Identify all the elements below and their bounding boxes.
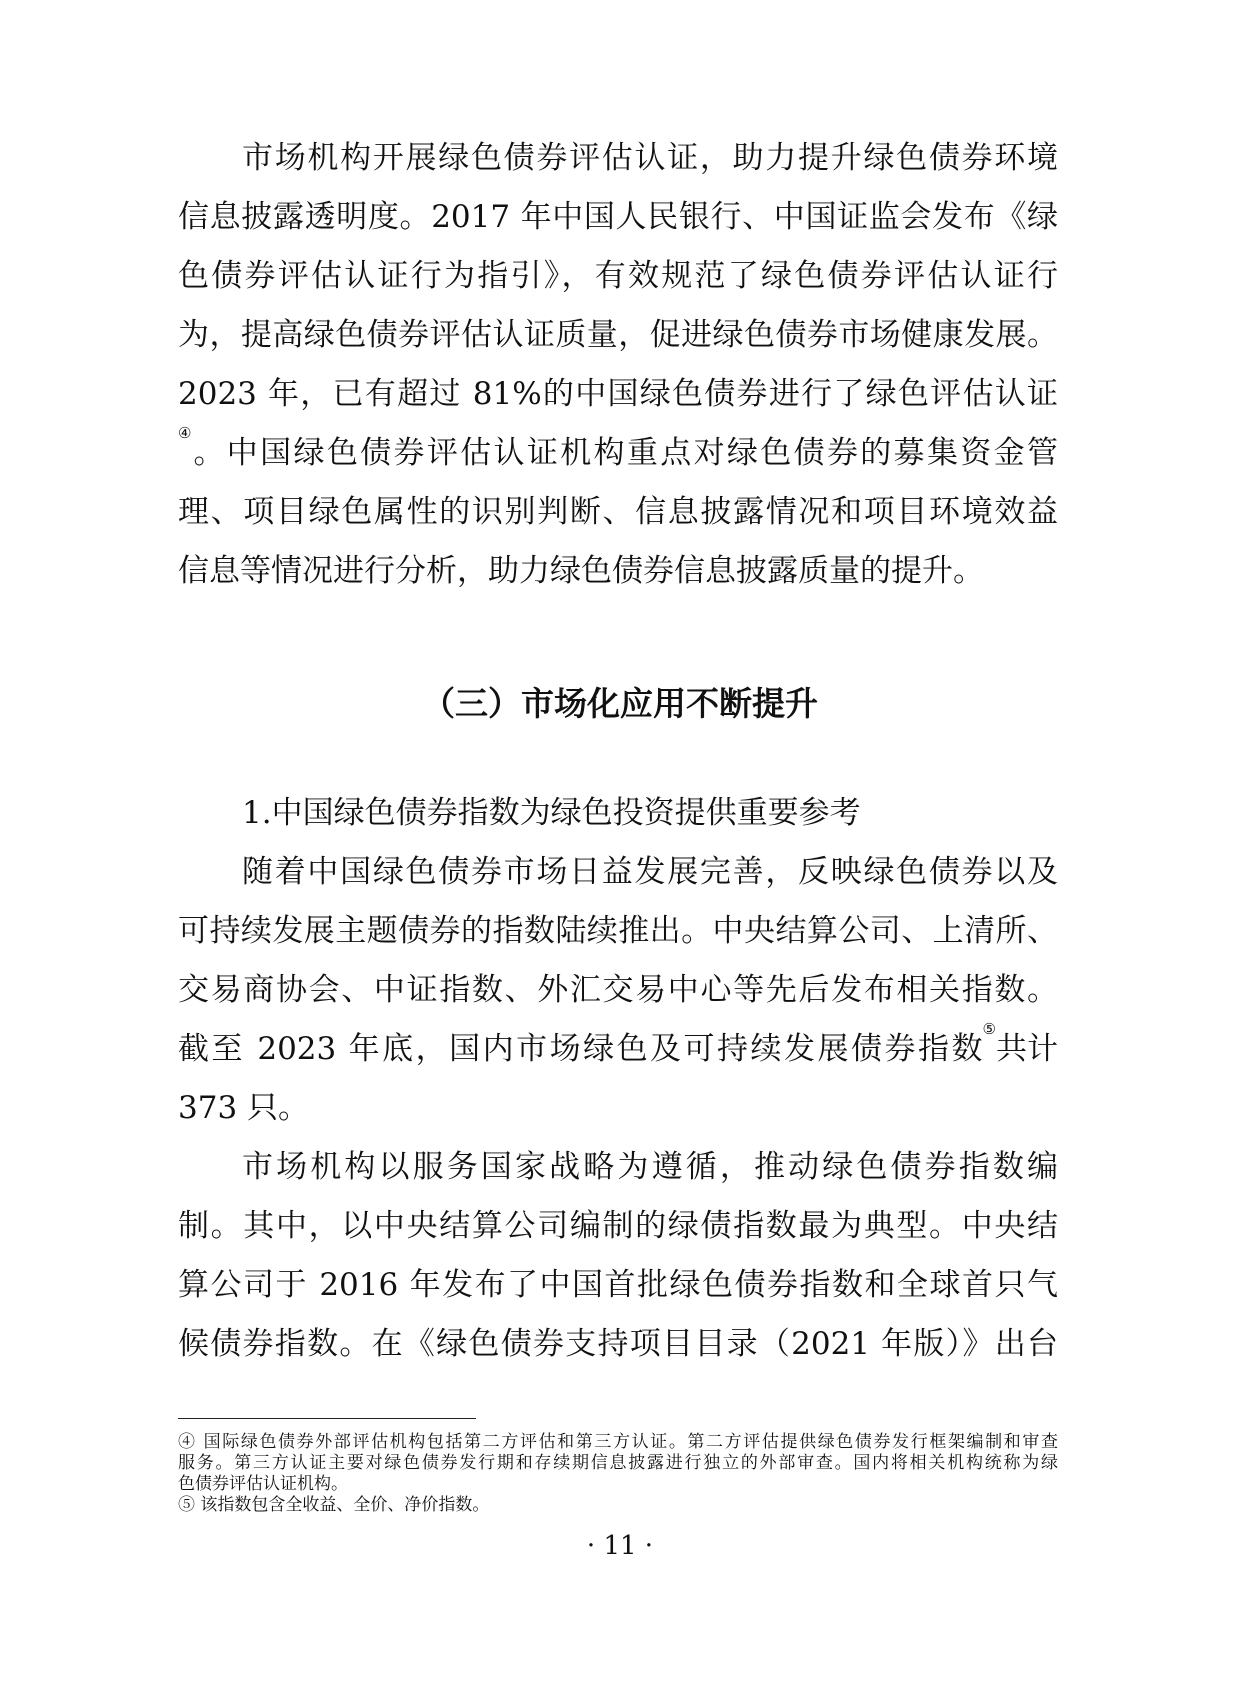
footnote-separator [178,1418,476,1419]
text-line: 市场机构开展绿色债券评估认证，助力提升绿色债券环境 [242,138,1058,178]
text-line: 373 只。 [178,1088,1058,1128]
section-heading: （三）市场化应用不断提升 [0,682,1240,726]
footnote-4-line: 服务。第三方认证主要对绿色债券发行期和存续期信息披露进行独立的外部审查。国内将相… [178,1453,1058,1474]
text-line-tail: 共计 [996,1029,1058,1069]
footnote-ref-4[interactable]: ④ [178,433,191,473]
text-line: 算公司于 2016 年发布了中国首批绿色债券指数和全球首只气 [178,1265,1058,1305]
text-line: ④ 。中国绿色债券评估认证机构重点对绿色债券的募集资金管 [178,433,1058,473]
footnote-5-line: ⑤ 该指数包含全收益、全价、净价指数。 [178,1495,1058,1516]
text-line-content: 截至 2023 年底，国内市场绿色及可持续发展债券指数 [178,1029,983,1069]
text-line-content: 。中国绿色债券评估认证机构重点对绿色债券的募集资金管 [193,433,1058,473]
text-line: 2023 年，已有超过 81%的中国绿色债券进行了绿色评估认证 [178,374,1058,414]
footnote-ref-5[interactable]: ⑤ [983,1029,996,1069]
text-line: 色债券评估认证行为指引》，有效规范了绿色债券评估认证行 [178,256,1058,296]
text-line: 可持续发展主题债券的指数陆续推出。中央结算公司、上清所、 [178,911,1058,951]
text-line: 理、项目绿色属性的识别判断、信息披露情况和项目环境效益 [178,492,1058,532]
text-line: 为，提高绿色债券评估认证质量，促进绿色债券市场健康发展。 [178,315,1058,355]
text-line: 市场机构以服务国家战略为遵循，推动绿色债券指数编 [242,1147,1058,1187]
footnote-4-line: ④ 国际绿色债券外部评估机构包括第二方评估和第三方认证。第二方评估提供绿色债券发… [178,1432,1058,1453]
text-line: 制。其中，以中央结算公司编制的绿债指数最为典型。中央结 [178,1206,1058,1246]
text-line: 交易商协会、中证指数、外汇交易中心等先后发布相关指数。 [178,970,1058,1010]
text-line: 随着中国绿色债券市场日益发展完善，反映绿色债券以及 [242,852,1058,892]
text-line: 信息披露透明度。2017 年中国人民银行、中国证监会发布《绿 [178,197,1058,237]
page-number: · 11 · [0,1530,1240,1562]
document-page: 市场机构开展绿色债券评估认证，助力提升绿色债券环境 信息披露透明度。2017 年… [0,0,1240,1683]
text-line: 候债券指数。在《绿色债券支持项目目录（2021 年版）》出台 [178,1324,1058,1364]
footnote-4-line: 色债券评估认证机构。 [178,1474,1058,1495]
text-line: 截至 2023 年底，国内市场绿色及可持续发展债券指数 ⑤ 共计 [178,1029,1058,1069]
text-line: 信息等情况进行分析，助力绿色债券信息披露质量的提升。 [178,551,1058,591]
subsection-heading: 1.中国绿色债券指数为绿色投资提供重要参考 [242,793,861,833]
